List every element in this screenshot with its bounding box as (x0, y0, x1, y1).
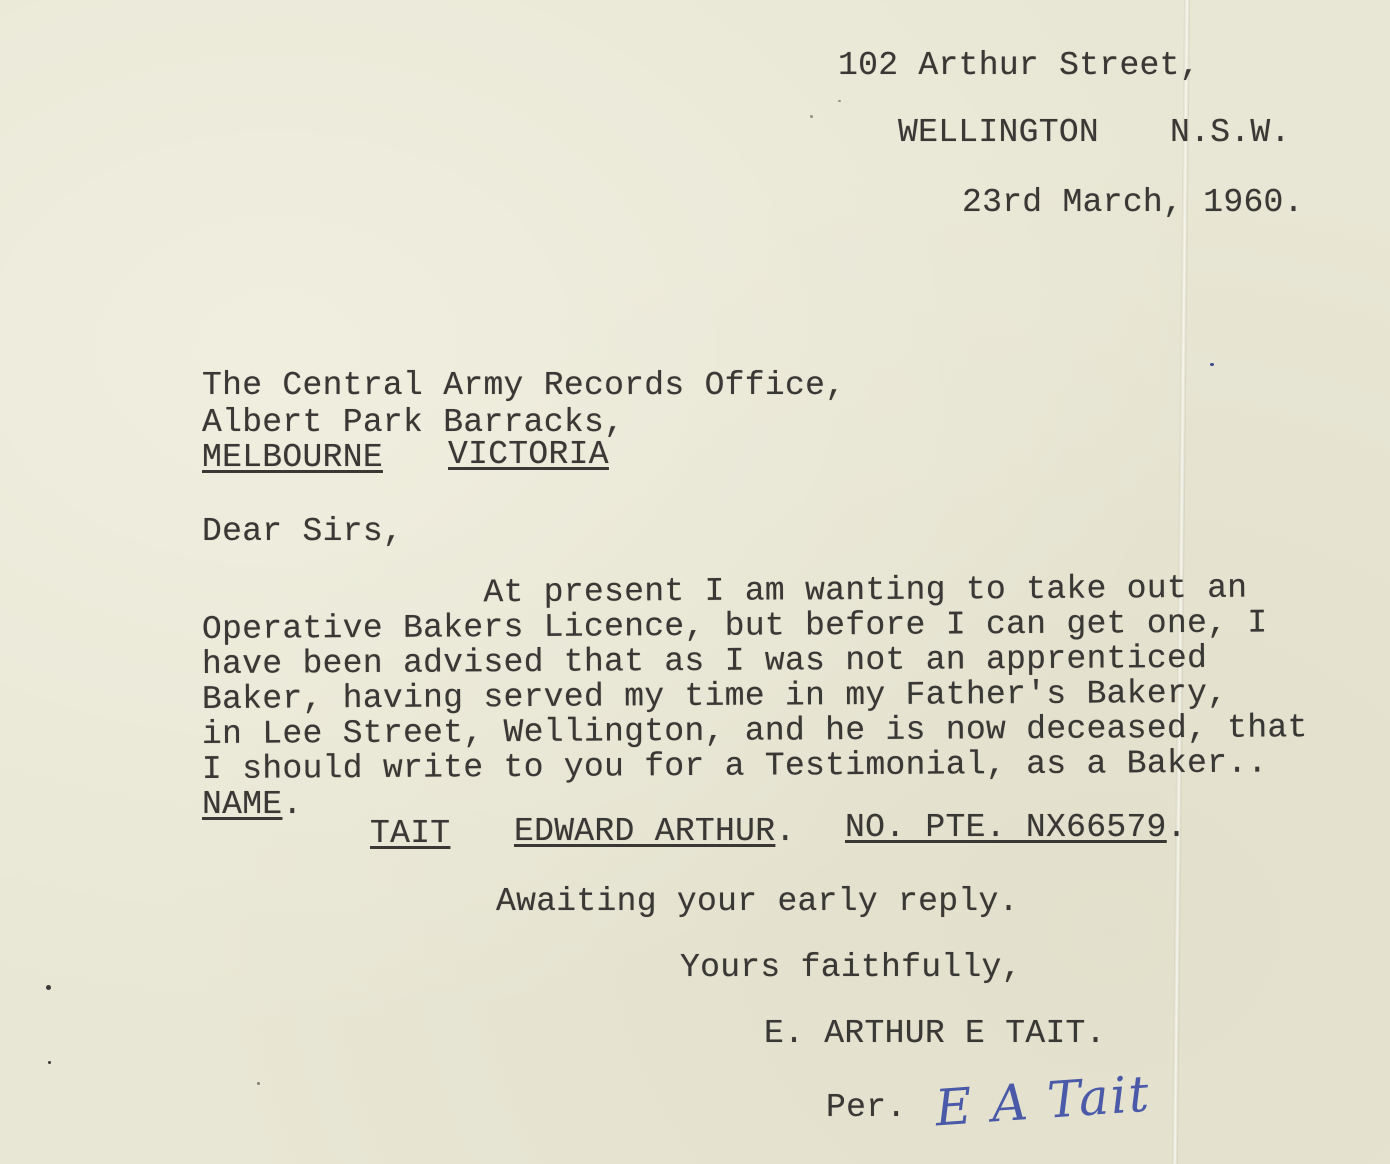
ink-speck (48, 1061, 51, 1064)
recipient-line-2: Albert Park Barracks, (202, 405, 624, 440)
recipient-line-1: The Central Army Records Office, (202, 368, 845, 403)
per-label: Per. (826, 1090, 906, 1125)
handwritten-signature: E A Tait (933, 1065, 1152, 1138)
body-line: I should write to you for a Testimonial,… (202, 745, 1268, 787)
service-number-row: NO. PTE. NX66579. (845, 810, 1187, 845)
sender-town: WELLINGTON (898, 115, 1099, 150)
ink-speck (46, 985, 51, 990)
closing-line: Awaiting your early reply. (496, 884, 1019, 919)
typed-signature: E. ARTHUR E TAIT. (764, 1016, 1106, 1051)
recipient-state: VICTORIA (448, 437, 609, 472)
name-given: EDWARD ARTHUR (514, 813, 775, 850)
sender-street: 102 Arthur Street, (838, 48, 1200, 83)
ink-speck (838, 100, 841, 102)
letter-date: 23rd March, 1960. (962, 185, 1304, 220)
name-surname: TAIT (370, 816, 450, 851)
name-given-row: EDWARD ARTHUR. (514, 814, 795, 849)
sender-state: N.S.W. (1170, 115, 1291, 150)
valediction: Yours faithfully, (680, 950, 1022, 985)
name-label: NAME (202, 786, 282, 823)
ink-speck (1210, 363, 1214, 366)
ink-speck (257, 1082, 260, 1085)
salutation: Dear Sirs, (202, 514, 403, 549)
name-label-row: NAME. (202, 787, 303, 822)
service-number: NO. PTE. NX66579 (845, 809, 1167, 846)
recipient-city: MELBOURNE (202, 440, 383, 475)
letter-page: 102 Arthur Street, WELLINGTON N.S.W. 23r… (0, 0, 1390, 1164)
ink-speck (810, 115, 813, 118)
